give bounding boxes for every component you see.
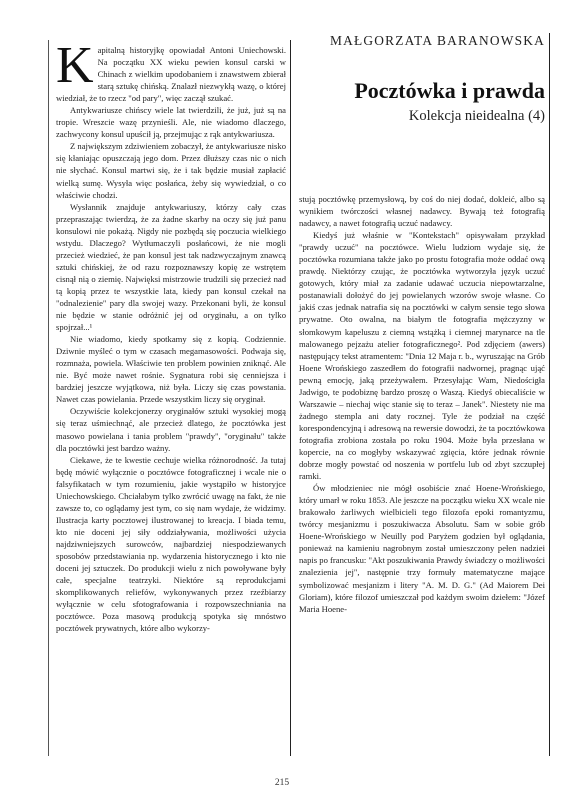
paragraph: Ciekawe, że te kwestie cechuje wielka ró… — [56, 454, 286, 635]
page-number: 215 — [270, 778, 294, 788]
paragraph: Z największym zdziwieniem zobaczył, że a… — [56, 140, 286, 200]
right-margin-rule — [549, 33, 550, 756]
article-title: Pocztówka i prawda — [298, 78, 545, 104]
paragraph: Nie wiadomo, kiedy spotkamy się z kopią.… — [56, 333, 286, 405]
author-name: MAŁGORZATA BARANOWSKA — [298, 33, 545, 49]
paragraph: Wysłannik znajduje antykwariuszy, którzy… — [56, 201, 286, 334]
text-column-left: Kapitalną historyjkę opowiadał Antoni Un… — [56, 44, 286, 634]
paragraph: Antykwariusze chińscy wiele lat twierdzi… — [56, 104, 286, 140]
paragraph: Kapitalną historyjkę opowiadał Antoni Un… — [56, 44, 286, 104]
drop-cap: K — [56, 46, 94, 86]
paragraph: Kiedyś już właśnie w "Kontekstach" opisy… — [299, 229, 545, 482]
left-margin-rule — [48, 40, 49, 756]
paragraph: Ów młodzieniec nie mógł osobiście znać H… — [299, 482, 545, 615]
paragraph: stują pocztówkę przemysłową, by coś do n… — [299, 193, 545, 229]
column-divider-rule — [290, 40, 291, 756]
text-column-right: stują pocztówkę przemysłową, by coś do n… — [299, 193, 545, 615]
paragraph: Oczywiście kolekcjonerzy oryginałów sztu… — [56, 405, 286, 453]
article-subtitle: Kolekcja nieidealna (4) — [298, 108, 545, 125]
